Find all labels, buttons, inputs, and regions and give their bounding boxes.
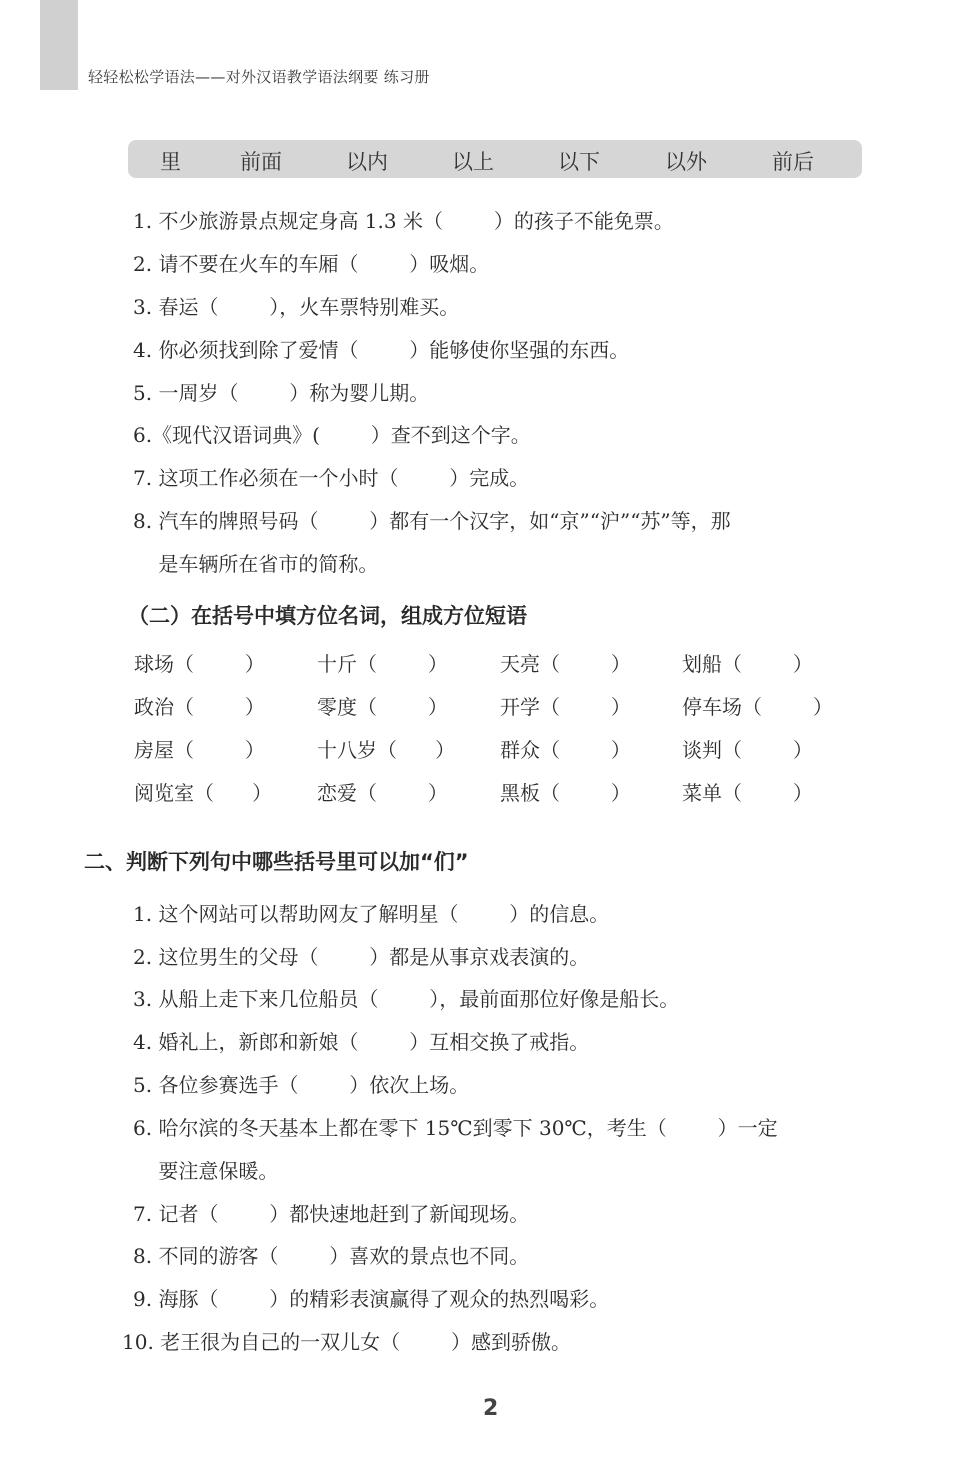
word-bank-item: 前后 [772,146,814,176]
exercise-sentence: 6. 哈尔滨的冬天基本上都在零下 15℃到零下 30℃，考生（ ）一定 [133,1115,778,1141]
exercise-sentence: 3. 从船上走下来几位船员（ ），最前面那位好像是船长。 [133,986,679,1012]
phrase-cell: 零度（ ） [317,691,448,720]
exercise-sentence: 4. 你必须找到除了爱情（ ）能够使你坚强的东西。 [133,337,629,363]
phrase-cell: 阅览室（ ） [134,777,272,806]
section-heading-2: （二）在括号中填方位名词，组成方位短语 [128,600,527,630]
exercise-sentence: 1. 不少旅游景点规定身高 1.3 米（ ）的孩子不能免票。 [133,208,674,234]
exercise-sentence: 1. 这个网站可以帮助网友了解明星（ ）的信息。 [133,901,609,927]
page-edge-tab [40,0,78,90]
phrase-cell: 政治（ ） [134,691,265,720]
word-bank-item: 以外 [665,146,707,176]
phrase-cell: 菜单（ ） [682,777,813,806]
exercise-sentence: 8. 汽车的牌照号码（ ）都有一个汉字，如“京”“沪”“苏”等，那 [133,508,731,534]
phrase-cell: 停车场（ ） [682,691,833,720]
word-bank-item: 前面 [240,146,282,176]
exercise-sentence: 7. 记者（ ）都快速地赶到了新闻现场。 [133,1201,529,1227]
running-header-title: 轻轻松松学语法——对外汉语教学语法纲要 练习册 [88,66,430,87]
word-bank: 里 前面 以内 以上 以下 以外 前后 [128,140,862,178]
page-number: 2 [483,1396,498,1421]
exercise-sentence: 2. 请不要在火车的车厢（ ）吸烟。 [133,251,489,277]
exercise-sentence: 9. 海豚（ ）的精彩表演赢得了观众的热烈喝彩。 [133,1286,609,1312]
exercise-sentence-continuation: 是车辆所在省市的简称。 [133,551,378,577]
exercise-sentence: 4. 婚礼上，新郎和新娘（ ）互相交换了戒指。 [133,1029,589,1055]
exercise-sentence: 2. 这位男生的父母（ ）都是从事京戏表演的。 [133,944,589,970]
exercise-sentence: 6.《现代汉语词典》( ）查不到这个字。 [133,422,531,448]
word-bank-item: 以上 [452,146,494,176]
exercise-sentence-continuation: 要注意保暖。 [133,1158,278,1184]
phrase-cell: 谈判（ ） [682,734,813,763]
word-bank-item: 以内 [346,146,388,176]
exercise-sentence: 5. 各位参赛选手（ ）依次上场。 [133,1072,469,1098]
phrase-cell: 群众（ ） [500,734,631,763]
part-2-heading: 二、判断下列句中哪些括号里可以加“们” [84,846,469,876]
phrase-cell: 黑板（ ） [500,777,631,806]
phrase-cell: 房屋（ ） [134,734,265,763]
exercise-sentence: 8. 不同的游客（ ）喜欢的景点也不同。 [133,1243,529,1269]
word-bank-item: 以下 [558,146,600,176]
exercise-sentence: 3. 春运（ ），火车票特别难买。 [133,294,459,320]
phrase-cell: 十八岁（ ） [317,734,455,763]
exercise-sentence: 7. 这项工作必须在一个小时（ ）完成。 [133,465,529,491]
phrase-cell: 球场（ ） [134,648,265,677]
phrase-cell: 开学（ ） [500,691,631,720]
phrase-cell: 天亮（ ） [500,648,631,677]
phrase-cell: 十斤（ ） [317,648,448,677]
word-bank-item: 里 [160,146,181,176]
exercise-sentence: 10. 老王很为自己的一双儿女（ ）感到骄傲。 [122,1329,571,1355]
exercise-sentence: 5. 一周岁（ ）称为婴儿期。 [133,380,429,406]
phrase-cell: 恋爱（ ） [317,777,448,806]
phrase-cell: 划船（ ） [682,648,813,677]
